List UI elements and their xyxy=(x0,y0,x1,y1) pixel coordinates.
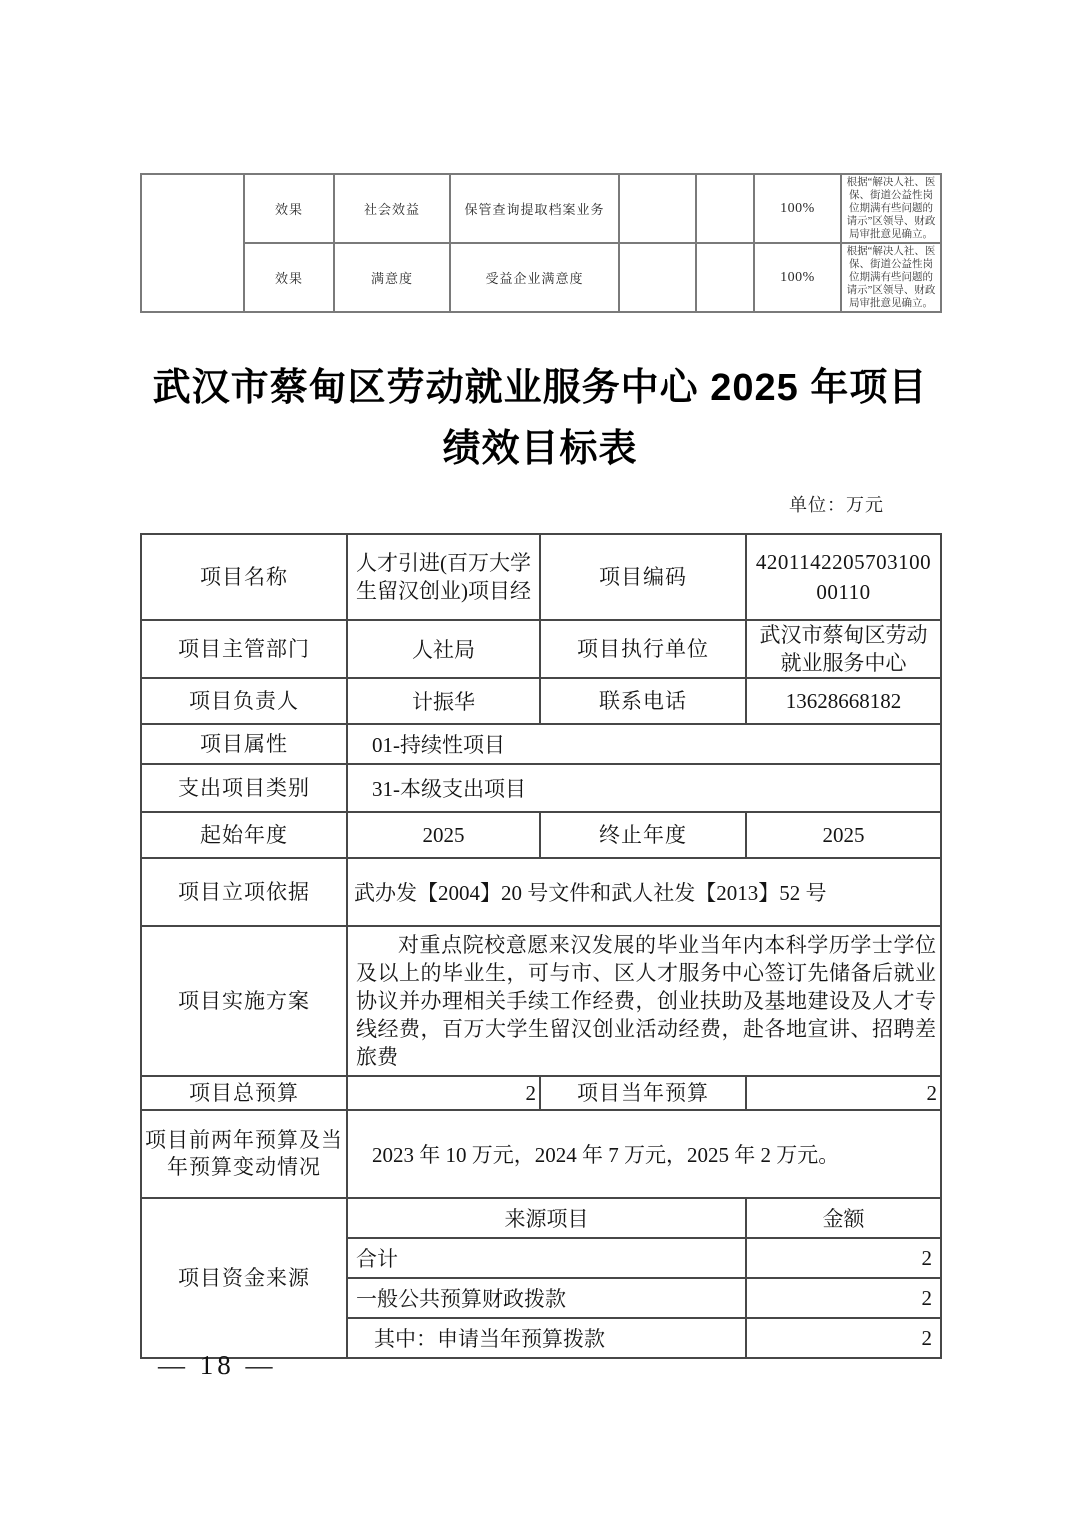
phone-label: 联系电话 xyxy=(540,678,746,724)
table-row: 项目总预算 2 项目当年预算 2 xyxy=(141,1076,941,1110)
dept-label: 项目主管部门 xyxy=(141,620,347,678)
remark-cell: 根据“解决人社、医保、街道公益性岗位期满有些问题的请示”区领导、财政局审批意见确… xyxy=(841,174,941,243)
unit-label: 单位：万元 xyxy=(140,491,884,517)
detail-cell: 保管查询提取档案业务 xyxy=(450,174,619,243)
performance-target-table: 项目名称 人才引进(百万大学生留汉创业)项目经 项目编码 42011422057… xyxy=(140,533,942,1359)
dept-value: 人社局 xyxy=(347,620,540,678)
target-value-cell: 100% xyxy=(754,174,841,243)
table-row: 项目立项依据 武办发【2004】20 号文件和武人社发【2013】52 号 xyxy=(141,858,941,926)
funding-header-amount: 金额 xyxy=(746,1198,941,1238)
empty-cell xyxy=(696,174,754,243)
category-cell: 效果 xyxy=(244,243,334,312)
table-row: 项目名称 人才引进(百万大学生留汉创业)项目经 项目编码 42011422057… xyxy=(141,534,941,620)
total-budget-label: 项目总预算 xyxy=(141,1076,347,1110)
empty-merged-cell xyxy=(141,174,244,312)
page-title: 武汉市蔡甸区劳动就业服务中心 2025 年项目 绩效目标表 xyxy=(140,358,940,480)
empty-cell xyxy=(619,243,696,312)
year-budget-value: 2 xyxy=(746,1076,941,1110)
basis-value: 武办发【2004】20 号文件和武人社发【2013】52 号 xyxy=(347,858,941,926)
project-code-value: 420114220570310000110 xyxy=(746,534,941,620)
end-year-value: 2025 xyxy=(746,812,941,858)
page-number: — 18 — xyxy=(158,1350,277,1381)
table-row: 项目负责人 计振华 联系电话 13628668182 xyxy=(141,678,941,724)
table-row: 项目主管部门 人社局 项目执行单位 武汉市蔡甸区劳动就业服务中心 xyxy=(141,620,941,678)
project-code-label: 项目编码 xyxy=(540,534,746,620)
funding-amount-cell: 2 xyxy=(746,1238,941,1278)
basis-label: 项目立项依据 xyxy=(141,858,347,926)
total-budget-value: 2 xyxy=(347,1076,540,1110)
empty-cell xyxy=(619,174,696,243)
table-row: 支出项目类别 31-本级支出项目 xyxy=(141,764,941,812)
page-title-line1: 武汉市蔡甸区劳动就业服务中心 2025 年项目 xyxy=(140,358,940,419)
funding-source-cell: 合计 xyxy=(347,1238,746,1278)
funding-label: 项目资金来源 xyxy=(141,1198,347,1358)
funding-source-cell: 其中：申请当年预算拨款 xyxy=(347,1318,746,1358)
document-page: 效果 社会效益 保管查询提取档案业务 100% 根据“解决人社、医保、街道公益性… xyxy=(0,0,1074,1520)
prev-budget-value: 2023 年 10 万元，2024 年 7 万元，2025 年 2 万元。 xyxy=(347,1110,941,1198)
project-name-value: 人才引进(百万大学生留汉创业)项目经 xyxy=(347,534,540,620)
table-row: 项目实施方案 对重点院校意愿来汉发展的毕业当年内本科学历学士学位及以上的毕业生，… xyxy=(141,926,941,1076)
category-cell: 效果 xyxy=(244,174,334,243)
indicator-cell: 满意度 xyxy=(334,243,450,312)
table-row: 效果 社会效益 保管查询提取档案业务 100% 根据“解决人社、医保、街道公益性… xyxy=(141,174,941,243)
table-row: 效果 满意度 受益企业满意度 100% 根据“解决人社、医保、街道公益性岗位期满… xyxy=(141,243,941,312)
funding-amount-cell: 2 xyxy=(746,1318,941,1358)
attribute-label: 项目属性 xyxy=(141,724,347,764)
table-row: 起始年度 2025 终止年度 2025 xyxy=(141,812,941,858)
project-name-label: 项目名称 xyxy=(141,534,347,620)
page-title-line2: 绩效目标表 xyxy=(140,419,940,480)
expense-type-value: 31-本级支出项目 xyxy=(347,764,941,812)
table-row: 项目属性 01-持续性项目 xyxy=(141,724,941,764)
previous-performance-table: 效果 社会效益 保管查询提取档案业务 100% 根据“解决人社、医保、街道公益性… xyxy=(140,173,942,313)
start-year-label: 起始年度 xyxy=(141,812,347,858)
plan-label: 项目实施方案 xyxy=(141,926,347,1076)
exec-unit-label: 项目执行单位 xyxy=(540,620,746,678)
table-row: 项目资金来源 来源项目 金额 xyxy=(141,1198,941,1238)
funding-amount-cell: 2 xyxy=(746,1278,941,1318)
end-year-label: 终止年度 xyxy=(540,812,746,858)
phone-value: 13628668182 xyxy=(746,678,941,724)
indicator-cell: 社会效益 xyxy=(334,174,450,243)
table-row: 项目前两年预算及当年预算变动情况 2023 年 10 万元，2024 年 7 万… xyxy=(141,1110,941,1198)
funding-header-source: 来源项目 xyxy=(347,1198,746,1238)
attribute-value: 01-持续性项目 xyxy=(347,724,941,764)
leader-value: 计振华 xyxy=(347,678,540,724)
exec-unit-value: 武汉市蔡甸区劳动就业服务中心 xyxy=(746,620,941,678)
expense-type-label: 支出项目类别 xyxy=(141,764,347,812)
start-year-value: 2025 xyxy=(347,812,540,858)
detail-cell: 受益企业满意度 xyxy=(450,243,619,312)
year-budget-label: 项目当年预算 xyxy=(540,1076,746,1110)
leader-label: 项目负责人 xyxy=(141,678,347,724)
prev-budget-label: 项目前两年预算及当年预算变动情况 xyxy=(141,1110,347,1198)
funding-source-cell: 一般公共预算财政拨款 xyxy=(347,1278,746,1318)
target-value-cell: 100% xyxy=(754,243,841,312)
plan-value: 对重点院校意愿来汉发展的毕业当年内本科学历学士学位及以上的毕业生，可与市、区人才… xyxy=(347,926,941,1076)
remark-cell: 根据“解决人社、医保、街道公益性岗位期满有些问题的请示”区领导、财政局审批意见确… xyxy=(841,243,941,312)
empty-cell xyxy=(696,243,754,312)
